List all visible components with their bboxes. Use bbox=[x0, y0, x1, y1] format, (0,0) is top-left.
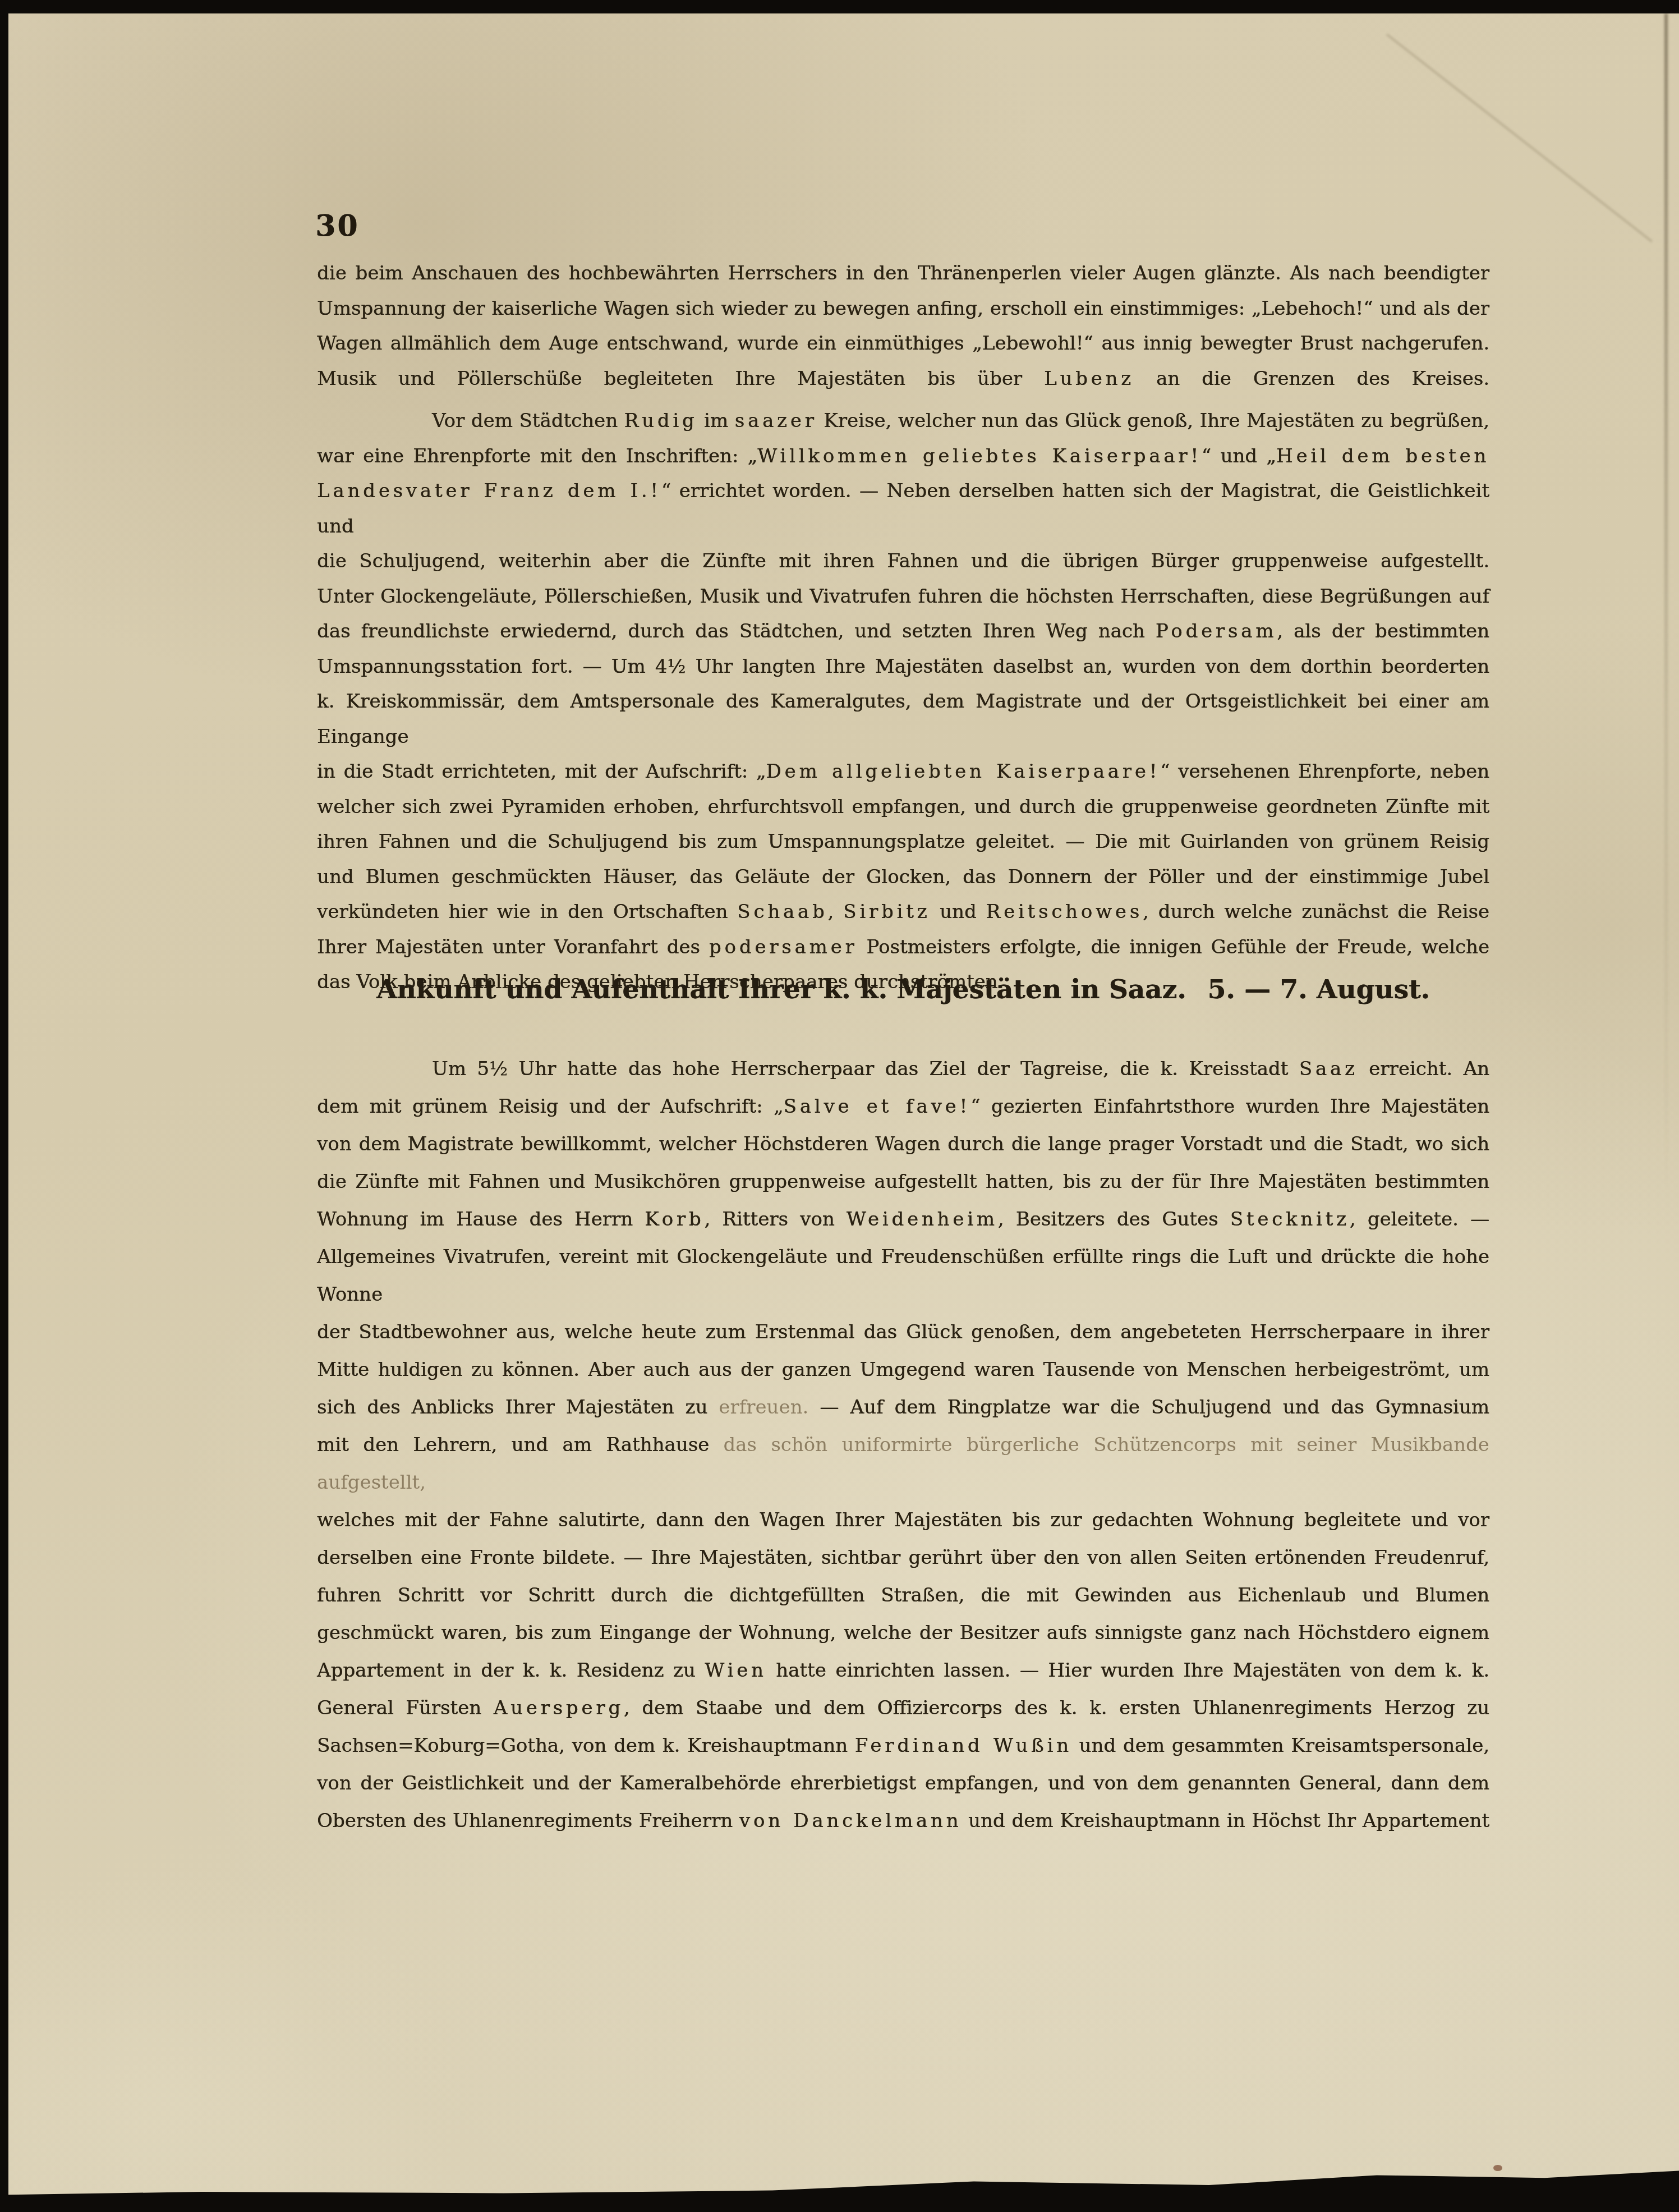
faded-print-text: das schön uniformirte bürgerliche Schütz… bbox=[317, 1434, 1489, 1494]
emphasized-spaced-text: Landesvater Franz dem I.! bbox=[317, 480, 661, 502]
text-line: fuhren Schritt vor Schritt durch die dic… bbox=[317, 1577, 1489, 1614]
emphasized-spaced-text: saazer bbox=[735, 410, 817, 432]
faded-print-text: erfreuen. bbox=[719, 1396, 808, 1419]
text-line: Vor dem Städtchen Rudig im saazer Kreise… bbox=[317, 403, 1489, 439]
text-line: der Stadtbewohner aus, welche heute zum … bbox=[317, 1314, 1489, 1351]
section-heading-dates: 5. — 7. August. bbox=[1208, 974, 1430, 1005]
emphasized-spaced-text: Willkommen geliebtes Kaiserpaar! bbox=[757, 445, 1202, 467]
emphasized-spaced-text: Sirbitz bbox=[843, 901, 930, 923]
emphasized-spaced-text: Heil dem besten bbox=[1276, 445, 1489, 467]
text-line: Sachsen=Koburg=Gotha, von dem k. Kreisha… bbox=[317, 1727, 1489, 1765]
text-line: Wohnung im Hause des Herrn Korb, Ritters… bbox=[317, 1201, 1489, 1238]
text-line: Landesvater Franz dem I.!“ errichtet wor… bbox=[317, 474, 1489, 544]
text-line: Ihrer Majestäten unter Voranfahrt des po… bbox=[317, 930, 1489, 965]
emphasized-spaced-text: Rudig bbox=[624, 410, 698, 432]
text-line: von dem Magistrate bewillkommt, welcher … bbox=[317, 1126, 1489, 1163]
page-number: 30 bbox=[315, 209, 359, 243]
text-line: geschmückt waren, bis zum Eingange der W… bbox=[317, 1614, 1489, 1652]
emphasized-spaced-text: Saaz bbox=[1299, 1058, 1358, 1080]
text-line: verkündeten hier wie in den Ortschaften … bbox=[317, 894, 1489, 930]
scan-edge-top bbox=[0, 0, 1679, 13]
emphasized-spaced-text: Lubenz bbox=[1044, 368, 1134, 390]
emphasized-spaced-text: Reitschowes bbox=[986, 901, 1143, 923]
text-line: dem mit grünem Reisig und der Aufschrift… bbox=[317, 1088, 1489, 1126]
text-line: von der Geistlichkeit und der Kameralbeh… bbox=[317, 1765, 1489, 1802]
emphasized-spaced-text: Weidenheim bbox=[847, 1208, 998, 1231]
emphasized-spaced-text: Wien bbox=[705, 1659, 766, 1682]
text-line: Mitte huldigen zu können. Aber auch aus … bbox=[317, 1351, 1489, 1389]
page-crease-right bbox=[1664, 13, 1668, 1192]
text-line: Wagen allmählich dem Auge entschwand, wu… bbox=[317, 326, 1489, 361]
scanned-book-page: 30 die beim Anschauen des hochbewährten … bbox=[0, 0, 1679, 2212]
emphasized-spaced-text: Korb bbox=[645, 1208, 704, 1231]
text-line: Umspannungsstation fort. — Um 4½ Uhr lan… bbox=[317, 649, 1489, 685]
text-line: in die Stadt errichteten, mit der Aufsch… bbox=[317, 754, 1489, 790]
text-line: Unter Glockengeläute, Pöllerschießen, Mu… bbox=[317, 579, 1489, 614]
section-heading: Ankunft und Aufenthalt Ihrer k. k. Majes… bbox=[317, 974, 1489, 1005]
text-line: das freundlichste erwiedernd, durch das … bbox=[317, 614, 1489, 649]
antiqua-inscription-text: Salve et fave! bbox=[784, 1095, 970, 1118]
text-line: Um 5½ Uhr hatte das hohe Herrscherpaar d… bbox=[317, 1050, 1489, 1088]
text-line: sich des Anblicks Ihrer Majestäten zu er… bbox=[317, 1389, 1489, 1426]
text-line: derselben eine Fronte bildete. — Ihre Ma… bbox=[317, 1539, 1489, 1577]
text-line: die beim Anschauen des hochbewährten Her… bbox=[317, 256, 1489, 291]
text-line: welches mit der Fahne salutirte, dann de… bbox=[317, 1502, 1489, 1539]
text-line: Obersten des Uhlanenregiments Freiherrn … bbox=[317, 1802, 1489, 1840]
emphasized-spaced-text: von Danckelmann bbox=[739, 1810, 962, 1832]
paragraph-continuation: die beim Anschauen des hochbewährten Her… bbox=[317, 256, 1489, 396]
text-line: mit den Lehrern, und am Rathhause das sc… bbox=[317, 1426, 1489, 1502]
text-line: Musik und Pöllerschüße begleiteten Ihre … bbox=[317, 361, 1489, 397]
text-line: ihren Fahnen und die Schuljugend bis zum… bbox=[317, 824, 1489, 860]
text-line: welcher sich zwei Pyramiden erhoben, ehr… bbox=[317, 790, 1489, 825]
ink-spot bbox=[1493, 2165, 1502, 2171]
text-line: k. Kreiskommissär, dem Amtspersonale des… bbox=[317, 684, 1489, 754]
paragraph-ankunft-saaz: Um 5½ Uhr hatte das hohe Herrscherpaar d… bbox=[317, 1050, 1489, 1840]
text-line: Umspannung der kaiserliche Wagen sich wi… bbox=[317, 291, 1489, 327]
emphasized-spaced-text: Stecknitz bbox=[1230, 1208, 1350, 1231]
text-line: die Zünfte mit Fahnen und Musikchören gr… bbox=[317, 1163, 1489, 1201]
text-line: General Fürsten Auersperg, dem Staabe un… bbox=[317, 1690, 1489, 1727]
text-line: die Schuljugend, weiterhin aber die Zünf… bbox=[317, 544, 1489, 579]
emphasized-spaced-text: Ferdinand Wußin bbox=[855, 1734, 1072, 1757]
emphasized-spaced-text: Schaab bbox=[737, 901, 827, 923]
text-line: Appartement in der k. k. Residenz zu Wie… bbox=[317, 1652, 1489, 1690]
paragraph-rudig-podersam: Vor dem Städtchen Rudig im saazer Kreise… bbox=[317, 403, 1489, 1000]
emphasized-spaced-text: Dem allgeliebten Kaiserpaare! bbox=[766, 760, 1160, 783]
text-line: und Blumen geschmückten Häuser, das Gelä… bbox=[317, 860, 1489, 895]
text-line: Allgemeines Vivatrufen, vereint mit Gloc… bbox=[317, 1238, 1489, 1314]
emphasized-spaced-text: Podersam bbox=[1156, 620, 1277, 643]
emphasized-spaced-text: Auersperg bbox=[494, 1697, 624, 1719]
emphasized-spaced-text: podersamer bbox=[709, 936, 858, 958]
text-line: war eine Ehrenpforte mit den Inschriften… bbox=[317, 439, 1489, 474]
scan-edge-left bbox=[0, 0, 8, 2212]
section-heading-title: Ankunft und Aufenthalt Ihrer k. k. Majes… bbox=[376, 974, 1186, 1005]
